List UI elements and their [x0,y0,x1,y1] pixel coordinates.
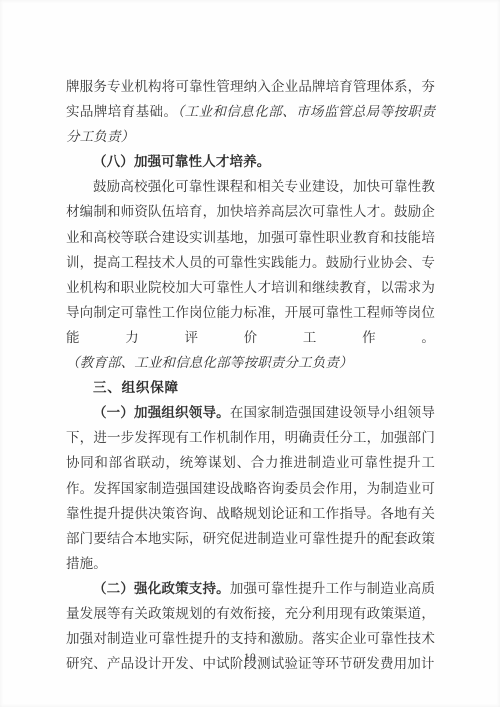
page-number: 10 [0,652,500,664]
document-body: 牌服务专业机构将可靠性管理纳入企业品牌培育管理体系，夯实品牌培育基础。（工业和信… [66,74,435,676]
heading-text: （八）加强可靠性人才培养。 [93,154,270,169]
department-attribution-text: （教育部、工业和信息化部等按职责分工负责） [66,355,353,370]
heading-part-3: 三、组织保障 [66,375,435,400]
paragraph-body-text: 在国家制造强国建设领导小组领导下，进一步发挥现有工作机制作用，明确责任分工，加强… [66,405,435,571]
paragraph-brand-continuation: 牌服务专业机构将可靠性管理纳入企业品牌培育管理体系，夯实品牌培育基础。（工业和信… [66,74,435,149]
heading-section-8: （八）加强可靠性人才培养。 [66,149,435,174]
paragraph-lead-text: （二）强化政策支持。 [93,581,230,596]
paragraph-talent-cultivation: 鼓励高校强化可靠性课程和相关专业建设，加快可靠性教材编制和师资队伍培育，加快培养… [66,174,435,375]
paragraph-org-leadership: （一）加强组织领导。在国家制造强国建设领导小组领导下，进一步发挥现有工作机制作用… [66,400,435,576]
document-page: 牌服务专业机构将可靠性管理纳入企业品牌培育管理体系，夯实品牌培育基础。（工业和信… [0,0,500,707]
heading-text: 三、组织保障 [93,380,179,395]
paragraph-lead-text: （一）加强组织领导。 [93,405,230,420]
paragraph-body-text: 鼓励高校强化可靠性课程和相关专业建设，加快可靠性教材编制和师资队伍培育，加快培养… [66,179,435,345]
